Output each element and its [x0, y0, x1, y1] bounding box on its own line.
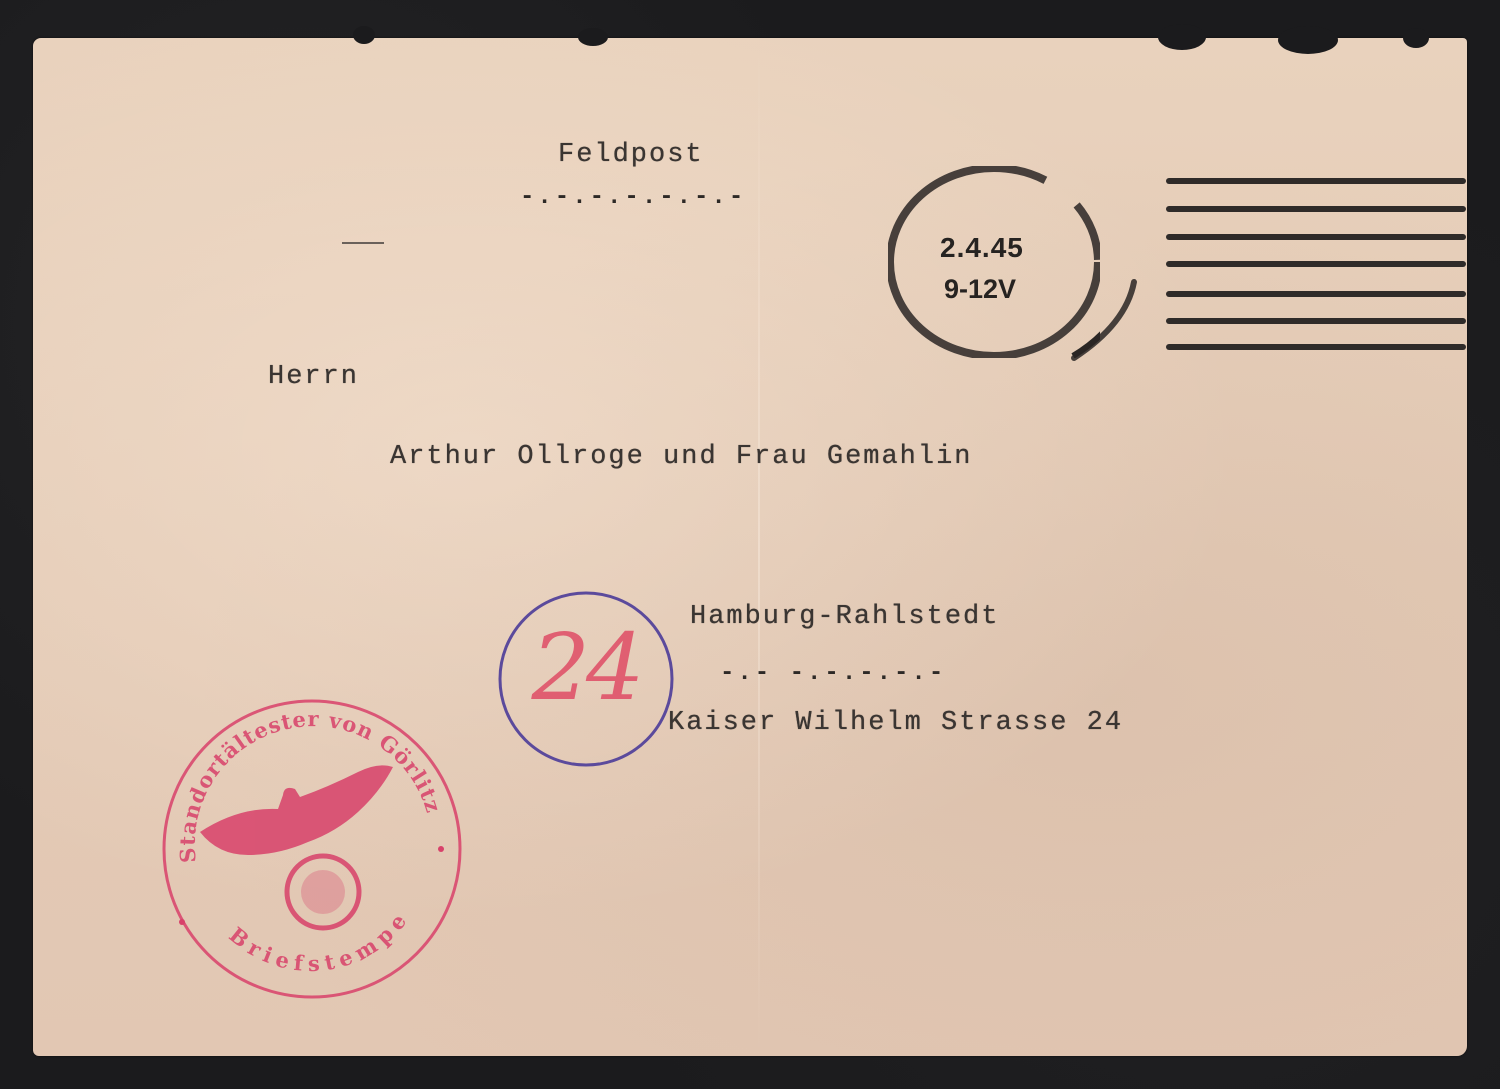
- eagle-emblem-icon: [200, 765, 393, 928]
- fold-crease: [758, 38, 760, 1056]
- censor-stamp-icon: Standortältester von Görlitz Briefstempe…: [158, 697, 466, 1002]
- recipient-city: Hamburg-Rahlstedt: [690, 602, 999, 632]
- cancel-bar: [1166, 318, 1466, 324]
- city-dash-rule: -.- -.-.-.-.-: [720, 660, 946, 687]
- cancel-bar: [1166, 344, 1466, 350]
- torn-edge: [1158, 24, 1206, 50]
- postmark-date: 2.4.45: [940, 232, 1024, 264]
- cancel-bar: [1166, 291, 1466, 297]
- cancel-bar: [1166, 234, 1466, 240]
- recipient-street: Kaiser Wilhelm Strasse 24: [668, 708, 1123, 738]
- route-number: 24: [497, 614, 675, 721]
- header-dash-rule: -.-.-.-.-.-.-: [520, 184, 746, 211]
- torn-edge: [1278, 26, 1338, 54]
- torn-edge: [578, 28, 608, 46]
- cancel-bar: [1166, 206, 1466, 212]
- short-rule: [342, 242, 384, 244]
- cancel-bar: [1166, 178, 1466, 184]
- recipient-name: Arthur Ollroge und Frau Gemahlin: [390, 442, 972, 472]
- postmark-time: 9-12V: [944, 274, 1016, 305]
- torn-edge: [1403, 28, 1429, 48]
- torn-edge: [353, 26, 375, 44]
- postmark-arc-icon: [1068, 274, 1148, 364]
- feldpost-header: Feldpost: [558, 140, 704, 170]
- recipient-salutation: Herrn: [268, 362, 359, 392]
- censor-stamp: Standortältester von Görlitz Briefstempe…: [158, 697, 466, 1002]
- cancellation-bars: [1166, 176, 1466, 356]
- route-stamp: 24: [497, 590, 675, 768]
- cancel-bar: [1166, 261, 1466, 267]
